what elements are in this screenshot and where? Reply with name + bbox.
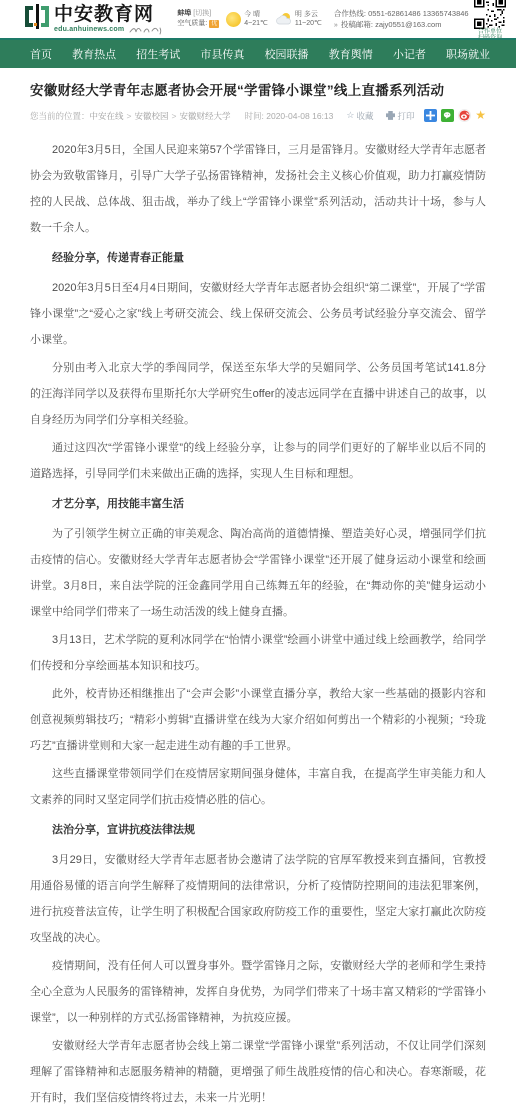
main-nav: 首页 教育热点 招生考试 市县传真 校园联播 教育舆情 小记者 职场就业 [0,40,516,68]
weather-today-label: 今 晴 [244,10,268,19]
nav-item-campus[interactable]: 校园联播 [265,46,309,62]
article-paragraph: 3月29日，安徽财经大学青年志愿者协会邀请了法学院的官厚军教授来到直播间，官教授… [30,847,486,951]
logo-mark-icon [24,4,50,29]
weather-today-temp: 4~21℃ [244,19,268,28]
article-paragraph: 疫情期间，没有任何人可以置身事外。暨学雷锋月之际，安徽财经大学的老师和学生秉持全… [30,953,486,1031]
nav-item-career[interactable]: 职场就业 [446,46,490,62]
article-paragraph: 这些直播课堂带领同学们在疫情居家期间强身健体，丰富自我，在提高学生审美能力和人文… [30,761,486,813]
qr-block: 合作单位 扫码咨询 [470,0,510,42]
favorite-button[interactable]: ☆ 收藏 [346,110,373,122]
article-paragraph: 为了引领学生树立正确的审美观念、陶冶高尚的道德情操、塑造美好心灵，增强同学们抗击… [30,521,486,625]
weibo-icon[interactable] [458,109,471,122]
breadcrumb-separator: > [172,111,177,121]
article-paragraph: 2020年3月5日至4月4日期间，安徽财经大学青年志愿者协会组织“第二课堂”，开… [30,275,486,353]
logo-slogan-script [129,25,163,35]
time-label: 时间: [245,111,264,121]
nav-item-admission[interactable]: 招生考试 [136,46,180,62]
article-main: 安徽财经大学青年志愿者协会开展“学雷锋小课堂”线上直播系列活动 您当前的位置： … [0,81,516,1111]
hotline-label: 合作热线: [334,9,366,18]
qr-caption-line2: 扫码咨询 [478,35,502,42]
nav-item-home[interactable]: 首页 [30,46,52,62]
email-label: 投稿邮箱: [341,20,373,29]
weather-tomorrow-temp: 11~20℃ [295,19,322,28]
publish-time: 2020-04-08 16:13 [266,111,333,121]
weather-widget: 蚌埠 [切换] 空气质量: 优 今 晴 4~21℃ [177,9,322,29]
breadcrumb-link-2[interactable]: 安徽校园 [135,110,169,122]
city-switch-link[interactable]: [切换] [193,10,211,17]
article-paragraph: 分别由考入北京大学的季闯同学，保送至东华大学的吴媚同学、公务员国考笔试141.8… [30,355,486,433]
site-header: 中安教育网 edu.anhuinews.com 蚌埠 [切换] 空气质量: 优 [0,0,516,40]
article-paragraph: 此外，校青协还相继推出了“会声会影”小课堂直播分享，教给大家一些基础的摄影内容和… [30,681,486,759]
weather-city: 蚌埠 [177,10,191,17]
air-quality-badge: 优 [209,20,219,28]
hotline-numbers: 0551-62861486 13365743846 [368,9,469,18]
chevron-right-icon: » [334,22,338,29]
breadcrumb-separator: > [127,111,132,121]
email-value: zajy0551@163.com [375,20,441,29]
site-logo[interactable]: 中安教育网 edu.anhuinews.com [24,4,163,35]
share-toolbar: ★ [424,109,486,122]
wechat-icon[interactable] [441,109,454,122]
breadcrumb-link-1[interactable]: 中安在线 [90,110,124,122]
article-paragraph: 3月13日，艺术学院的夏利冰同学在“怡情小课堂”绘画小讲堂中通过线上绘画教学，给… [30,627,486,679]
breadcrumb-link-3[interactable]: 安徽财经大学 [179,110,230,122]
contact-info: 合作热线: 0551-62861486 13365743846 » 投稿邮箱: … [334,8,469,31]
article-subheading: 才艺分享，用技能丰富生活 [30,491,486,517]
weather-tomorrow-label: 明 多云 [295,10,322,19]
nav-item-reporter[interactable]: 小记者 [393,46,426,62]
breadcrumb-label: 您当前的位置： [30,110,90,122]
qr-code [474,0,506,29]
article-body: 2020年3月5日，全国人民迎来第57个学雷锋日，三月是雷锋月。安徽财经大学青年… [0,137,516,1111]
logo-title: 中安教育网 [54,4,163,25]
article-paragraph: 通过这四次“学雷锋小课堂”的线上经验分享，让参与的同学们更好的了解毕业以后不同的… [30,435,486,487]
nav-item-hot[interactable]: 教育热点 [72,46,116,62]
cloud-icon [275,12,292,26]
article-paragraph: 2020年3月5日，全国人民迎来第57个学雷锋日，三月是雷锋月。安徽财经大学青年… [30,137,486,241]
air-quality-label: 空气质量: [177,20,207,27]
favorite-star-icon[interactable]: ★ [475,109,486,122]
breadcrumb: 您当前的位置： 中安在线 > 安徽校园 > 安徽财经大学 时间: 2020-04… [30,109,486,122]
logo-domain: edu.anhuinews.com [54,26,124,33]
nav-item-county[interactable]: 市县传真 [200,46,244,62]
article-subheading: 经验分享，传递青春正能量 [30,245,486,271]
print-button[interactable]: 打印 [386,110,414,122]
article-paragraph: 安徽财经大学青年志愿者协会线上第二课堂“学雷锋小课堂”系列活动，不仅让同学们深刻… [30,1033,486,1111]
article-subheading: 法治分享，宣讲抗疫法律法规 [30,817,486,843]
sun-icon [226,12,241,27]
share-more-icon[interactable] [424,109,437,122]
star-outline-icon: ☆ [346,110,354,121]
nav-item-opinion[interactable]: 教育舆情 [329,46,373,62]
page-title: 安徽财经大学青年志愿者协会开展“学雷锋小课堂”线上直播系列活动 [30,81,486,100]
page: 中安教育网 edu.anhuinews.com 蚌埠 [切换] 空气质量: 优 [0,0,516,1120]
printer-icon [386,111,395,120]
